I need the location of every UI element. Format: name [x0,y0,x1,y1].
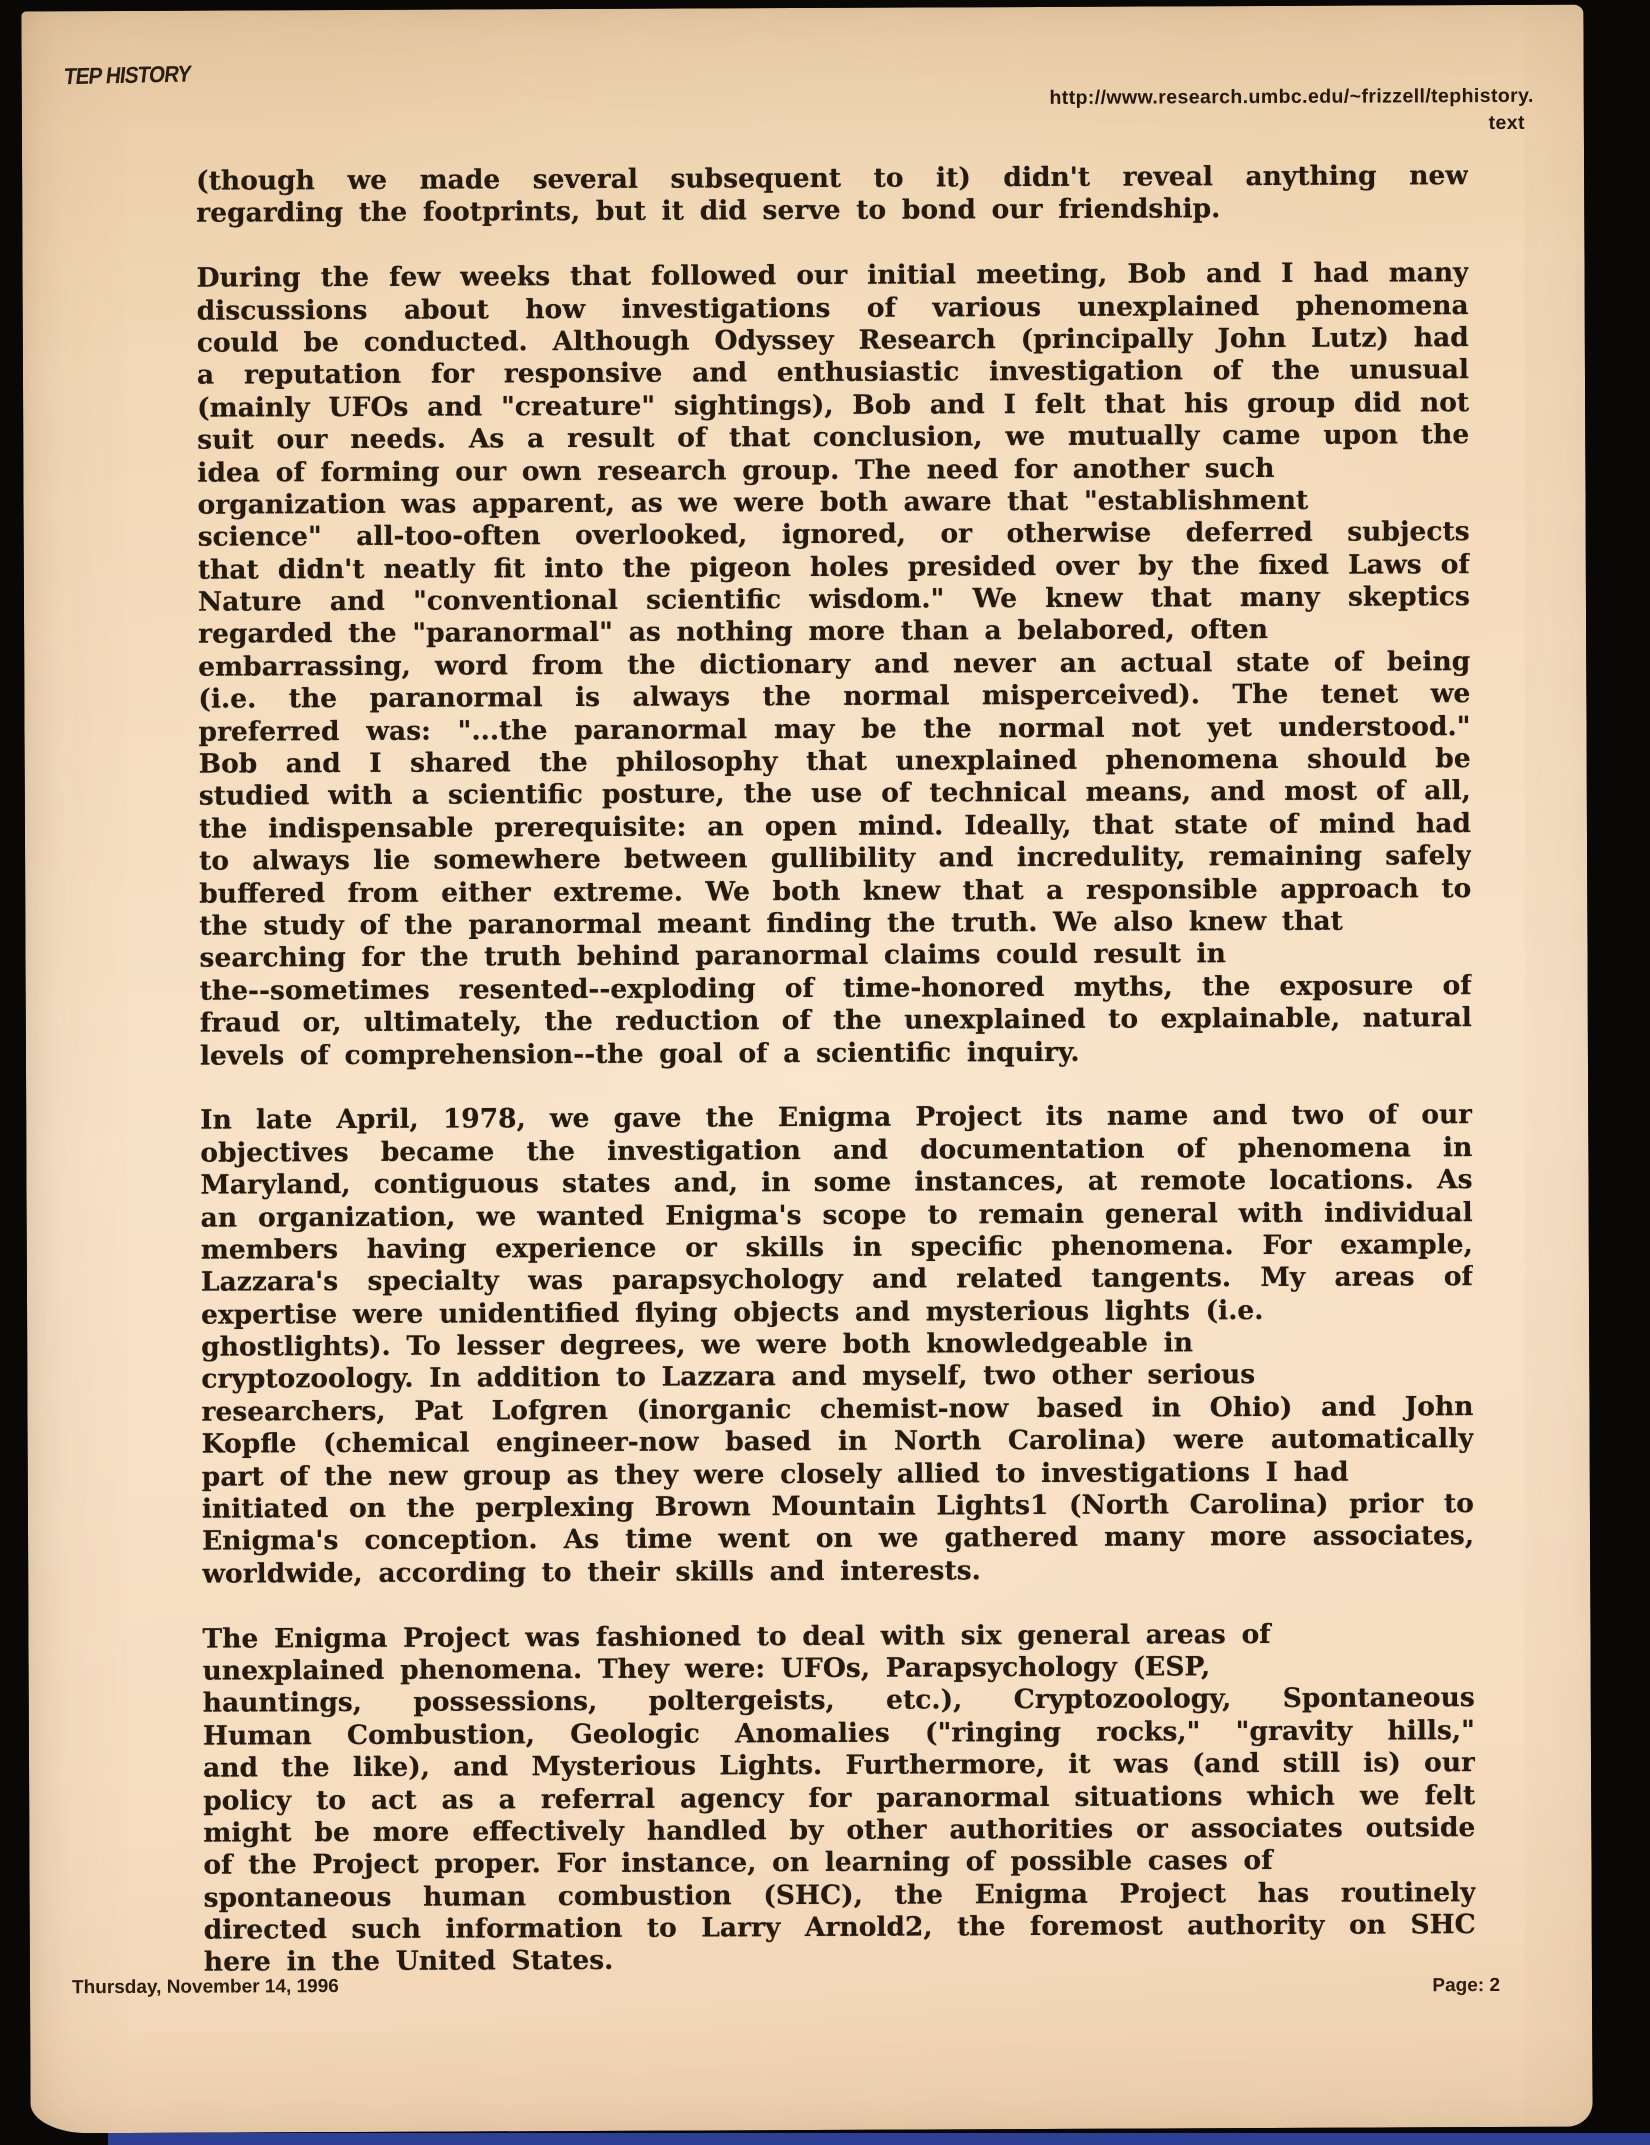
text-line: policy to act as a referral agency for p… [203,1780,1475,1818]
text-line: fraud or, ultimately, the reduction of t… [200,1002,1472,1040]
footer-date: Thursday, November 14, 1996 [72,1976,339,1999]
text-line: Lazzara's specialty was parapsychology a… [201,1261,1473,1299]
scanner-bed-strip [108,2133,1650,2145]
text-line: regarding the footprints, but it did ser… [196,192,1468,230]
text-line: science" all-too-often overlooked, ignor… [198,516,1470,554]
scanned-page: TEP HISTORY http://www.research.umbc.edu… [21,5,1592,2134]
text-line: might be more effectively handled by oth… [203,1812,1475,1850]
paragraph: (though we made several subsequent to it… [196,160,1468,230]
text-line: worldwide, according to their skills and… [202,1553,1474,1591]
text-line: In late April, 1978, we gave the Enigma … [200,1099,1472,1137]
footer-page-number: Page: 2 [1432,1975,1500,1997]
text-line: Enigma's conception. As time went on we … [202,1521,1474,1559]
text-line: here in the United States. [204,1942,1476,1980]
text-line: suit our needs. As a result of that conc… [197,419,1469,457]
text-line: (though we made several subsequent to it… [196,160,1468,198]
header-url-line1: http://www.research.umbc.edu/~frizzell/t… [1049,83,1533,112]
text-line: to always lie somewhere between gullibil… [199,840,1471,878]
text-line: and the like), and Mysterious Lights. Fu… [203,1747,1475,1785]
text-line: an organization, we wanted Enigma's scop… [201,1197,1473,1235]
paragraph: In late April, 1978, we gave the Enigma … [200,1099,1474,1590]
document-title: TEP HISTORY [62,60,192,90]
text-line: (i.e. the paranormal is always the norma… [198,678,1470,716]
header-url-line2: text [1050,110,1534,139]
header-url: http://www.research.umbc.edu/~frizzell/t… [1049,83,1534,139]
text-line: hauntings, possessions, poltergeists, et… [203,1682,1475,1720]
text-line: a reputation for responsive and enthusia… [197,354,1469,392]
text-line: Kopfle (chemical engineer-now based in N… [202,1423,1474,1461]
text-line: directed such information to Larry Arnol… [204,1909,1476,1947]
body-text: (though we made several subsequent to it… [196,160,1476,2012]
scan-canvas: TEP HISTORY http://www.research.umbc.edu… [0,0,1650,2145]
text-line: During the few weeks that followed our i… [196,257,1468,295]
paragraph: During the few weeks that followed our i… [196,257,1472,1072]
text-line: Nature and "conventional scientific wisd… [198,581,1470,619]
paragraph: The Enigma Project was fashioned to deal… [202,1618,1476,1980]
text-line: discussions about how investigations of … [197,290,1469,328]
text-line: Maryland, contiguous states and, in some… [200,1164,1472,1202]
text-line: studied with a scientific posture, the u… [199,776,1471,814]
text-line: levels of comprehension--the goal of a s… [200,1035,1472,1073]
text-line: the study of the paranormal meant findin… [199,905,1471,943]
